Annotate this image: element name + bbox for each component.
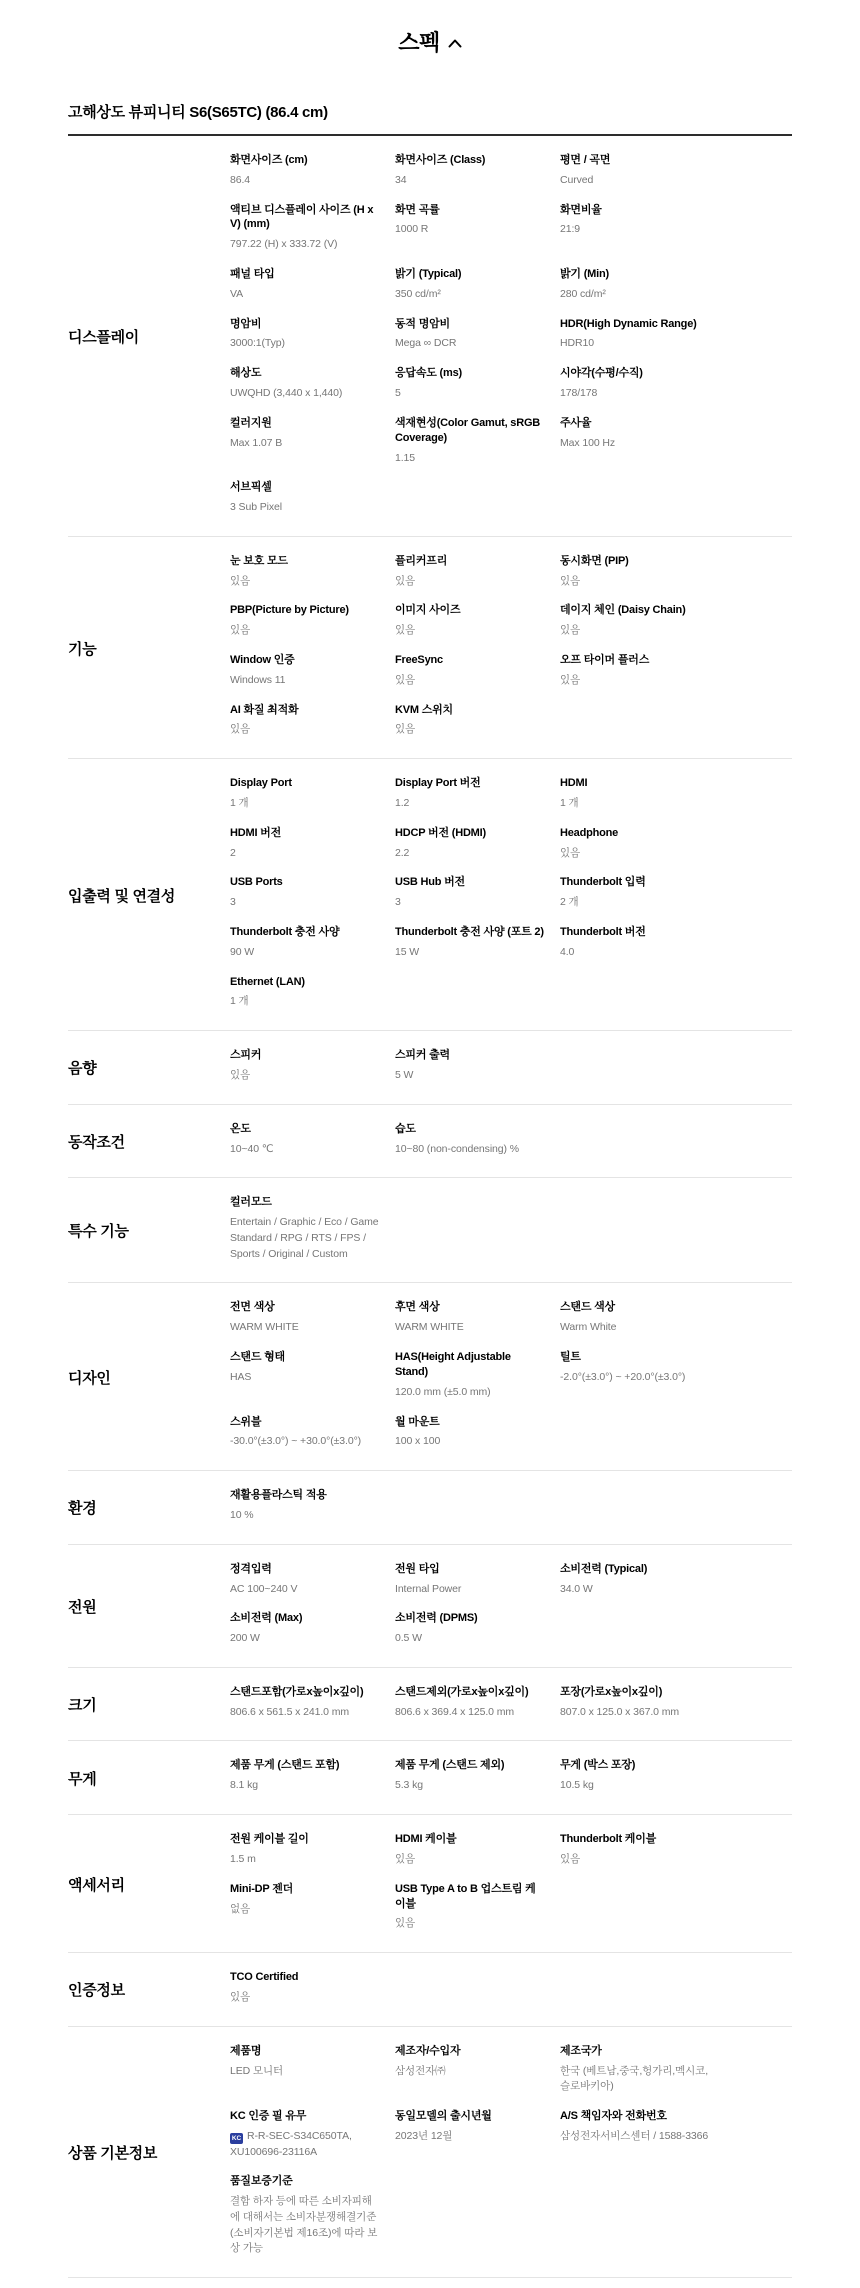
spec-item-label: HDMI [560, 776, 712, 791]
spec-item-grid: 제품명LED 모니터제조자/수입자삼성전자㈜제조국가한국 (베트남,중국,헝가리… [230, 2044, 792, 2272]
spec-item-value: 1 개 [230, 796, 381, 812]
spec-item-value: 1.2 [395, 796, 546, 812]
spec-item-label: Thunderbolt 케이블 [560, 1832, 712, 1847]
spec-item-label: 전원 케이블 길이 [230, 1832, 381, 1847]
spec-item-value: -30.0°(±3.0°) ~ +30.0°(±3.0°) [230, 1434, 381, 1450]
spec-category-label: 기능 [68, 638, 230, 669]
spec-item: 소비전력 (Typical)34.0 W [560, 1562, 792, 1612]
spec-accordion-toggle[interactable]: 스펙 [0, 0, 860, 67]
spec-item-value: 806.6 x 561.5 x 241.0 mm [230, 1705, 381, 1721]
spec-item-value: 있음 [230, 722, 381, 738]
spec-item-label: 플리커프리 [395, 554, 546, 569]
spec-item: 서브픽셀3 Sub Pixel [230, 480, 395, 530]
spec-item-label: 제조자/수입자 [395, 2044, 546, 2059]
spec-item-label: 소비전력 (DPMS) [395, 1611, 546, 1626]
spec-item: 화면비율21:9 [560, 203, 792, 267]
spec-item-grid: 컬러모드Entertain / Graphic / Eco / Game Sta… [230, 1195, 792, 1276]
spec-item-grid: 전면 색상WARM WHITE후면 색상WARM WHITE스탠드 색상Warm… [230, 1300, 792, 1464]
spec-item-label: 스피커 [230, 1048, 381, 1063]
spec-section-row: 디스플레이화면사이즈 (cm)86.4화면사이즈 (Class)34평면 / 곡… [68, 136, 792, 537]
spec-item-label: 월 마운트 [395, 1415, 546, 1430]
spec-item-value: 있음 [230, 574, 381, 590]
spec-item-label: 무게 (박스 포장) [560, 1758, 712, 1773]
spec-item-label: 소비전력 (Max) [230, 1611, 381, 1626]
spec-item-value: 4.0 [560, 945, 718, 961]
spec-item-label: Window 인증 [230, 653, 381, 668]
spec-item-value: WARM WHITE [395, 1320, 546, 1336]
spec-item-grid: 제품 무게 (스탠드 포함)8.1 kg제품 무게 (스탠드 제외)5.3 kg… [230, 1758, 792, 1808]
spec-item-label: HDCP 버전 (HDMI) [395, 826, 546, 841]
spec-item-label: 컬러지원 [230, 416, 381, 431]
spec-item-value: UWQHD (3,440 x 1,440) [230, 386, 381, 402]
spec-item-label: KC 인증 필 유무 [230, 2109, 381, 2124]
spec-item-label: 스피커 출력 [395, 1048, 546, 1063]
spec-item-value: KCR-R-SEC-S34C650TA, XU100696-23116A [230, 2129, 381, 2161]
spec-item-label: 해상도 [230, 366, 381, 381]
spec-category-label: 디스플레이 [68, 326, 230, 357]
spec-item: 화면 곡률1000 R [395, 203, 560, 267]
spec-item-value: 3 [395, 895, 546, 911]
spec-item-label: Headphone [560, 826, 712, 841]
spec-item: 시야각(수평/수직)178/178 [560, 366, 792, 416]
spec-item-label: PBP(Picture by Picture) [230, 603, 381, 618]
spec-category-label: 동작조건 [68, 1131, 230, 1162]
spec-item-value: 있음 [395, 623, 546, 639]
spec-item: 전원 케이블 길이1.5 m [230, 1832, 395, 1882]
spec-item-label: Mini-DP 젠더 [230, 1882, 381, 1897]
spec-item: 제조자/수입자삼성전자㈜ [395, 2044, 560, 2109]
spec-section-row: 전원정격입력AC 100~240 V전원 타입Internal Power소비전… [68, 1545, 792, 1668]
spec-item: 틸트-2.0°(±3.0°) ~ +20.0°(±3.0°) [560, 1350, 792, 1414]
spec-item-value: 있음 [395, 1916, 546, 1932]
spec-item-grid: 전원 케이블 길이1.5 mHDMI 케이블있음Thunderbolt 케이블있… [230, 1832, 792, 1946]
spec-item: 온도10~40 ℃ [230, 1122, 395, 1172]
spec-item-value: 15 W [395, 945, 546, 961]
spec-item-label: 화면 곡률 [395, 203, 546, 218]
spec-section-row: 입출력 및 연결성Display Port1 개Display Port 버전1… [68, 759, 792, 1031]
spec-item-value: AC 100~240 V [230, 1582, 381, 1598]
spec-item: 동시화면 (PIP)있음 [560, 554, 792, 604]
spec-item-value: Entertain / Graphic / Eco / Game Standar… [230, 1215, 381, 1262]
spec-item-label: HDMI 케이블 [395, 1832, 546, 1847]
spec-item-label: 스위블 [230, 1415, 381, 1430]
spec-item: 스피커 출력5 W [395, 1048, 560, 1098]
spec-category-label: 음향 [68, 1057, 230, 1088]
spec-item-value: 3 [230, 895, 381, 911]
spec-item-value: 1 개 [560, 796, 718, 812]
kc-mark-icon: KC [230, 2133, 243, 2144]
spec-item-label: 포장(가로x높이x깊이) [560, 1685, 712, 1700]
spec-item: 스탠드포함(가로x높이x깊이)806.6 x 561.5 x 241.0 mm [230, 1685, 395, 1735]
spec-item-label: 주사율 [560, 416, 712, 431]
spec-item-label: Thunderbolt 버전 [560, 925, 712, 940]
spec-item: Mini-DP 젠더없음 [230, 1882, 395, 1946]
spec-item-value: 100 x 100 [395, 1434, 546, 1450]
spec-item-label: 시야각(수평/수직) [560, 366, 712, 381]
spec-item-value: 있음 [230, 1068, 381, 1084]
spec-item: 색재현성(Color Gamut, sRGB Coverage)1.15 [395, 416, 560, 480]
spec-category-label: 상품 기본정보 [68, 2142, 230, 2173]
spec-item-label: 액티브 디스플레이 사이즈 (H x V) (mm) [230, 203, 381, 233]
spec-item: 이미지 사이즈있음 [395, 603, 560, 653]
spec-item-value: 있음 [560, 673, 718, 689]
spec-item-grid: 정격입력AC 100~240 V전원 타입Internal Power소비전력 … [230, 1562, 792, 1661]
spec-item-label: 소비전력 (Typical) [560, 1562, 712, 1577]
spec-section-row: 크기스탠드포함(가로x높이x깊이)806.6 x 561.5 x 241.0 m… [68, 1668, 792, 1742]
spec-item-label: 동일모델의 출시년월 [395, 2109, 546, 2124]
spec-item-label: Ethernet (LAN) [230, 975, 381, 990]
spec-item: 재활용플라스틱 적용10 % [230, 1488, 395, 1538]
spec-item: 동적 명암비Mega ∞ DCR [395, 317, 560, 367]
spec-item: Thunderbolt 케이블있음 [560, 1832, 792, 1882]
spec-item-label: 정격입력 [230, 1562, 381, 1577]
spec-item-label: 제조국가 [560, 2044, 712, 2059]
spec-section-row: 환경재활용플라스틱 적용10 % [68, 1471, 792, 1545]
spec-item-value: Max 1.07 B [230, 436, 381, 452]
spec-item-label: 제품명 [230, 2044, 381, 2059]
spec-item: USB Ports3 [230, 875, 395, 925]
spec-item-label: Thunderbolt 충전 사양 [230, 925, 381, 940]
spec-item-value: 120.0 mm (±5.0 mm) [395, 1385, 546, 1401]
spec-item-value: 1.5 m [230, 1852, 381, 1868]
spec-item-value: 2.2 [395, 846, 546, 862]
spec-category-label: 인증정보 [68, 1979, 230, 2010]
spec-item: 스위블-30.0°(±3.0°) ~ +30.0°(±3.0°) [230, 1415, 395, 1465]
spec-item-label: USB Type A to B 업스트림 케이블 [395, 1882, 546, 1912]
spec-item: 밝기 (Min)280 cd/m² [560, 267, 792, 317]
spec-item-label: 평면 / 곡면 [560, 153, 712, 168]
spec-item-grid: 스피커있음스피커 출력5 W [230, 1048, 792, 1098]
spec-item: 월 마운트100 x 100 [395, 1415, 560, 1465]
spec-item-value: 있음 [395, 1852, 546, 1868]
spec-item-value: 한국 (베트남,중국,헝가리,멕시코,슬로바키아) [560, 2064, 718, 2096]
spec-item-value: Windows 11 [230, 673, 381, 689]
spec-item: HDMI 케이블있음 [395, 1832, 560, 1882]
spec-item: 평면 / 곡면Curved [560, 153, 792, 203]
spec-item: 정격입력AC 100~240 V [230, 1562, 395, 1612]
spec-category-label: 특수 기능 [68, 1220, 230, 1251]
spec-item-label: 화면비율 [560, 203, 712, 218]
spec-table: 디스플레이화면사이즈 (cm)86.4화면사이즈 (Class)34평면 / 곡… [68, 136, 792, 2278]
spec-item-label: 재활용플라스틱 적용 [230, 1488, 381, 1503]
spec-item-value: Warm White [560, 1320, 718, 1336]
spec-item-value: 178/178 [560, 386, 718, 402]
spec-item-value: 있음 [560, 574, 718, 590]
spec-item-value: HAS [230, 1370, 381, 1386]
spec-item: 컬러지원Max 1.07 B [230, 416, 395, 480]
spec-item: 화면사이즈 (cm)86.4 [230, 153, 395, 203]
spec-item: HDCP 버전 (HDMI)2.2 [395, 826, 560, 876]
spec-item: Thunderbolt 버전4.0 [560, 925, 792, 975]
spec-item-value: Internal Power [395, 1582, 546, 1598]
spec-page: 스펙 고해상도 뷰피니티 S6(S65TC) (86.4 cm) 디스플레이화면… [0, 0, 860, 2288]
spec-section-row: 동작조건온도10~40 ℃습도10~80 (non-condensing) % [68, 1105, 792, 1179]
spec-item-label: 데이지 체인 (Daisy Chain) [560, 603, 712, 618]
spec-item-value: 삼성전자서비스센터 / 1588-3366 [560, 2129, 718, 2145]
spec-item-label: 서브픽셀 [230, 480, 381, 495]
spec-item-label: HDMI 버전 [230, 826, 381, 841]
spec-item: AI 화질 최적화있음 [230, 703, 395, 753]
spec-item-value: Max 100 Hz [560, 436, 718, 452]
spec-item: USB Type A to B 업스트림 케이블있음 [395, 1882, 560, 1946]
spec-item: 주사율Max 100 Hz [560, 416, 792, 480]
spec-item: 스탠드 색상Warm White [560, 1300, 792, 1350]
spec-item-value: 797.22 (H) x 333.72 (V) [230, 237, 381, 253]
spec-item-value: 있음 [230, 623, 381, 639]
spec-item: 화면사이즈 (Class)34 [395, 153, 560, 203]
spec-item: 소비전력 (DPMS)0.5 W [395, 1611, 560, 1661]
spec-item-grid: 화면사이즈 (cm)86.4화면사이즈 (Class)34평면 / 곡면Curv… [230, 153, 792, 530]
spec-item-value: 있음 [395, 722, 546, 738]
spec-item-value: 34.0 W [560, 1582, 718, 1598]
product-heading: 고해상도 뷰피니티 S6(S65TC) (86.4 cm) [68, 101, 792, 122]
spec-item-label: USB Ports [230, 875, 381, 890]
spec-item-value: 2 개 [560, 895, 718, 911]
spec-item-label: 오프 타이머 플러스 [560, 653, 712, 668]
spec-item-value: 있음 [230, 1990, 381, 2006]
spec-item: 동일모델의 출시년월2023년 12월 [395, 2109, 560, 2174]
spec-item-label: 밝기 (Typical) [395, 267, 546, 282]
spec-item-value: 10~80 (non-condensing) % [395, 1142, 546, 1158]
spec-item-label: 동적 명암비 [395, 317, 546, 332]
spec-item: HDMI 버전2 [230, 826, 395, 876]
spec-item-label: 컬러모드 [230, 1195, 381, 1210]
spec-item-value: 807.0 x 125.0 x 367.0 mm [560, 1705, 718, 1721]
spec-item-value: 806.6 x 369.4 x 125.0 mm [395, 1705, 546, 1721]
spec-item-value: 1.15 [395, 451, 546, 467]
chevron-up-icon [448, 39, 462, 48]
spec-item-value: 결함 하자 등에 따른 소비자피해에 대해서는 소비자분쟁해결기준(소비자기본법… [230, 2194, 381, 2257]
spec-item: 스피커있음 [230, 1048, 395, 1098]
spec-category-label: 입출력 및 연결성 [68, 885, 230, 916]
spec-item-label: 틸트 [560, 1350, 712, 1365]
spec-item: Thunderbolt 입력2 개 [560, 875, 792, 925]
spec-item-value: 34 [395, 173, 546, 189]
spec-item-label: 온도 [230, 1122, 381, 1137]
spec-item-grid: TCO Certified있음 [230, 1970, 792, 2020]
spec-item-label: 제품 무게 (스탠드 제외) [395, 1758, 546, 1773]
spec-section-row: 음향스피커있음스피커 출력5 W [68, 1031, 792, 1105]
spec-item-label: A/S 책임자와 전화번호 [560, 2109, 712, 2124]
spec-item: 제품명LED 모니터 [230, 2044, 395, 2109]
spec-item: FreeSync있음 [395, 653, 560, 703]
spec-item: 소비전력 (Max)200 W [230, 1611, 395, 1661]
spec-item-label: 습도 [395, 1122, 546, 1137]
spec-item-label: 화면사이즈 (Class) [395, 153, 546, 168]
spec-item: 눈 보호 모드있음 [230, 554, 395, 604]
spec-item-value: 86.4 [230, 173, 381, 189]
spec-item-label: 패널 타입 [230, 267, 381, 282]
spec-item-value: 없음 [230, 1902, 381, 1918]
spec-item: 후면 색상WARM WHITE [395, 1300, 560, 1350]
spec-item-value: 90 W [230, 945, 381, 961]
spec-section-row: 기능눈 보호 모드있음플리커프리있음동시화면 (PIP)있음PBP(Pictur… [68, 537, 792, 759]
spec-item-label: 전원 타입 [395, 1562, 546, 1577]
spec-item: 컬러모드Entertain / Graphic / Eco / Game Sta… [230, 1195, 395, 1276]
spec-item: 제품 무게 (스탠드 제외)5.3 kg [395, 1758, 560, 1808]
spec-item-value: 200 W [230, 1631, 381, 1647]
spec-category-label: 전원 [68, 1596, 230, 1627]
spec-item-grid: 눈 보호 모드있음플리커프리있음동시화면 (PIP)있음PBP(Picture … [230, 554, 792, 752]
spec-item-label: 응답속도 (ms) [395, 366, 546, 381]
spec-item: A/S 책임자와 전화번호삼성전자서비스센터 / 1588-3366 [560, 2109, 792, 2174]
spec-section-row: 인증정보TCO Certified있음 [68, 1953, 792, 2027]
spec-item-value: 21:9 [560, 222, 718, 238]
spec-item: 전면 색상WARM WHITE [230, 1300, 395, 1350]
spec-item: 무게 (박스 포장)10.5 kg [560, 1758, 792, 1808]
spec-item-value: 있음 [395, 574, 546, 590]
spec-item-label: Thunderbolt 충전 사양 (포트 2) [395, 925, 546, 940]
spec-item-label: TCO Certified [230, 1970, 381, 1985]
spec-item-label: 품질보증기준 [230, 2174, 381, 2189]
spec-item-label: HAS(Height Adjustable Stand) [395, 1350, 546, 1380]
spec-section-row: 디자인전면 색상WARM WHITE후면 색상WARM WHITE스탠드 색상W… [68, 1283, 792, 1471]
spec-item-label: Display Port [230, 776, 381, 791]
spec-item: 오프 타이머 플러스있음 [560, 653, 792, 703]
spec-item-label: 색재현성(Color Gamut, sRGB Coverage) [395, 416, 546, 446]
spec-item: Display Port 버전1.2 [395, 776, 560, 826]
spec-item-value: 10 % [230, 1508, 381, 1524]
spec-item-label: 스탠드 색상 [560, 1300, 712, 1315]
spec-item: 스탠드 형태HAS [230, 1350, 395, 1414]
spec-item: 패널 타입VA [230, 267, 395, 317]
spec-item-value: 2023년 12월 [395, 2129, 546, 2145]
spec-item-value: 10.5 kg [560, 1778, 718, 1794]
spec-item: 플리커프리있음 [395, 554, 560, 604]
spec-item-label: 후면 색상 [395, 1300, 546, 1315]
spec-item-value: 8.1 kg [230, 1778, 381, 1794]
spec-item-value: 있음 [560, 623, 718, 639]
spec-item-label: 동시화면 (PIP) [560, 554, 712, 569]
spec-item: 액티브 디스플레이 사이즈 (H x V) (mm)797.22 (H) x 3… [230, 203, 395, 267]
spec-item-value: 5 W [395, 1068, 546, 1084]
spec-item: 응답속도 (ms)5 [395, 366, 560, 416]
spec-category-label: 액세서리 [68, 1874, 230, 1905]
spec-item-label: KVM 스위치 [395, 703, 546, 718]
page-title: 스펙 [398, 26, 440, 57]
spec-item-value: 있음 [560, 846, 718, 862]
spec-item: 명암비3000:1(Typ) [230, 317, 395, 367]
spec-item-label: 제품 무게 (스탠드 포함) [230, 1758, 381, 1773]
spec-item-value: Curved [560, 173, 718, 189]
spec-item: 밝기 (Typical)350 cd/m² [395, 267, 560, 317]
spec-item: 데이지 체인 (Daisy Chain)있음 [560, 603, 792, 653]
spec-category-label: 환경 [68, 1497, 230, 1528]
spec-item-value: 3000:1(Typ) [230, 336, 381, 352]
spec-item-value: HDR10 [560, 336, 718, 352]
spec-category-label: 디자인 [68, 1367, 230, 1398]
spec-category-label: 크기 [68, 1694, 230, 1725]
spec-item: Display Port1 개 [230, 776, 395, 826]
spec-item-label: HDR(High Dynamic Range) [560, 317, 712, 332]
spec-item-value: 1000 R [395, 222, 546, 238]
spec-item-label: FreeSync [395, 653, 546, 668]
spec-item-label: 명암비 [230, 317, 381, 332]
spec-item-grid: 스탠드포함(가로x높이x깊이)806.6 x 561.5 x 241.0 mm스… [230, 1685, 792, 1735]
spec-item-label: 화면사이즈 (cm) [230, 153, 381, 168]
spec-item-label: AI 화질 최적화 [230, 703, 381, 718]
spec-item: 해상도UWQHD (3,440 x 1,440) [230, 366, 395, 416]
spec-item-label: Thunderbolt 입력 [560, 875, 712, 890]
spec-item-value: 0.5 W [395, 1631, 546, 1647]
spec-item-value: 5 [395, 386, 546, 402]
spec-item-value: Mega ∞ DCR [395, 336, 546, 352]
spec-item: 품질보증기준결함 하자 등에 따른 소비자피해에 대해서는 소비자분쟁해결기준(… [230, 2174, 395, 2271]
spec-category-label: 무게 [68, 1768, 230, 1799]
spec-item: 스탠드제외(가로x높이x깊이)806.6 x 369.4 x 125.0 mm [395, 1685, 560, 1735]
spec-section-row: 상품 기본정보제품명LED 모니터제조자/수입자삼성전자㈜제조국가한국 (베트남… [68, 2027, 792, 2279]
spec-item-value: VA [230, 287, 381, 303]
spec-item-value: 있음 [395, 673, 546, 689]
spec-item-value: 5.3 kg [395, 1778, 546, 1794]
spec-item: HAS(Height Adjustable Stand)120.0 mm (±5… [395, 1350, 560, 1414]
spec-item-label: 눈 보호 모드 [230, 554, 381, 569]
spec-item-value: 있음 [560, 1852, 718, 1868]
spec-item-label: 전면 색상 [230, 1300, 381, 1315]
spec-item-label: USB Hub 버전 [395, 875, 546, 890]
spec-item: 제조국가한국 (베트남,중국,헝가리,멕시코,슬로바키아) [560, 2044, 792, 2109]
spec-item-label: 스탠드포함(가로x높이x깊이) [230, 1685, 381, 1700]
spec-item-label: Display Port 버전 [395, 776, 546, 791]
spec-item: 제품 무게 (스탠드 포함)8.1 kg [230, 1758, 395, 1808]
spec-item-value: 10~40 ℃ [230, 1142, 381, 1158]
spec-item-value: 280 cd/m² [560, 287, 718, 303]
spec-item: Headphone있음 [560, 826, 792, 876]
spec-item: 포장(가로x높이x깊이)807.0 x 125.0 x 367.0 mm [560, 1685, 792, 1735]
spec-item: Ethernet (LAN)1 개 [230, 975, 395, 1025]
spec-item-value: 2 [230, 846, 381, 862]
spec-item-label: 이미지 사이즈 [395, 603, 546, 618]
spec-item-value: LED 모니터 [230, 2064, 381, 2080]
spec-item: KVM 스위치있음 [395, 703, 560, 753]
spec-item-value: 350 cd/m² [395, 287, 546, 303]
spec-section-row: 특수 기능컬러모드Entertain / Graphic / Eco / Gam… [68, 1178, 792, 1283]
spec-item-value: 1 개 [230, 994, 381, 1010]
spec-item: HDMI1 개 [560, 776, 792, 826]
spec-item-value: -2.0°(±3.0°) ~ +20.0°(±3.0°) [560, 1370, 718, 1386]
spec-item-label: 스탠드 형태 [230, 1350, 381, 1365]
spec-item-grid: 재활용플라스틱 적용10 % [230, 1488, 792, 1538]
spec-item: KC 인증 필 유무KCR-R-SEC-S34C650TA, XU100696-… [230, 2109, 395, 2174]
spec-item-label: 스탠드제외(가로x높이x깊이) [395, 1685, 546, 1700]
spec-item: TCO Certified있음 [230, 1970, 395, 2020]
spec-item: USB Hub 버전3 [395, 875, 560, 925]
spec-item: Thunderbolt 충전 사양90 W [230, 925, 395, 975]
spec-item: 습도10~80 (non-condensing) % [395, 1122, 560, 1172]
product-heading-rule: 고해상도 뷰피니티 S6(S65TC) (86.4 cm) [68, 101, 792, 136]
spec-item-value: WARM WHITE [230, 1320, 381, 1336]
spec-item: HDR(High Dynamic Range)HDR10 [560, 317, 792, 367]
spec-section-row: 액세서리전원 케이블 길이1.5 mHDMI 케이블있음Thunderbolt … [68, 1815, 792, 1953]
spec-item: 전원 타입Internal Power [395, 1562, 560, 1612]
spec-item-value: 삼성전자㈜ [395, 2064, 546, 2080]
spec-item: Thunderbolt 충전 사양 (포트 2)15 W [395, 925, 560, 975]
spec-item: PBP(Picture by Picture)있음 [230, 603, 395, 653]
spec-item: Window 인증Windows 11 [230, 653, 395, 703]
spec-item-value: 3 Sub Pixel [230, 500, 381, 516]
spec-item-label: 밝기 (Min) [560, 267, 712, 282]
spec-item-grid: Display Port1 개Display Port 버전1.2HDMI1 개… [230, 776, 792, 1024]
spec-item-grid: 온도10~40 ℃습도10~80 (non-condensing) % [230, 1122, 792, 1172]
spec-section-row: 무게제품 무게 (스탠드 포함)8.1 kg제품 무게 (스탠드 제외)5.3 … [68, 1741, 792, 1815]
